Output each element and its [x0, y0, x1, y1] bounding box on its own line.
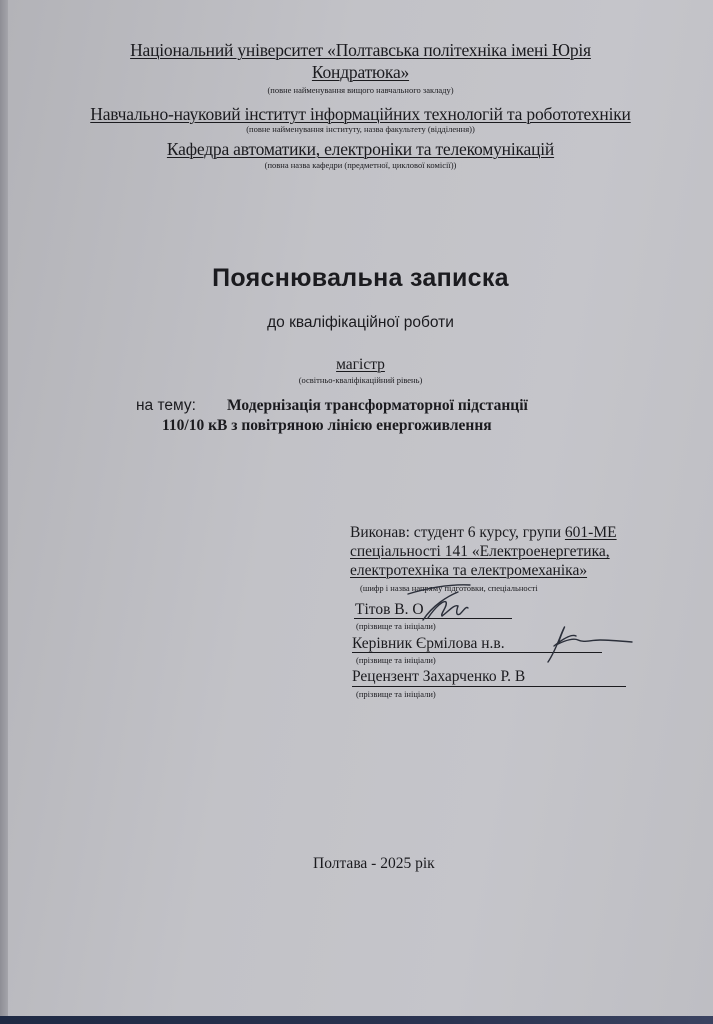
- city-year: Полтава - 2025 рік: [313, 855, 435, 873]
- bottom-strip: [0, 1016, 713, 1024]
- supervisor-signature-icon: [548, 627, 632, 662]
- document-page: Національний університет «Полтавська пол…: [8, 0, 713, 1016]
- student-signature-icon: [423, 592, 468, 620]
- page-edge: [0, 0, 8, 1024]
